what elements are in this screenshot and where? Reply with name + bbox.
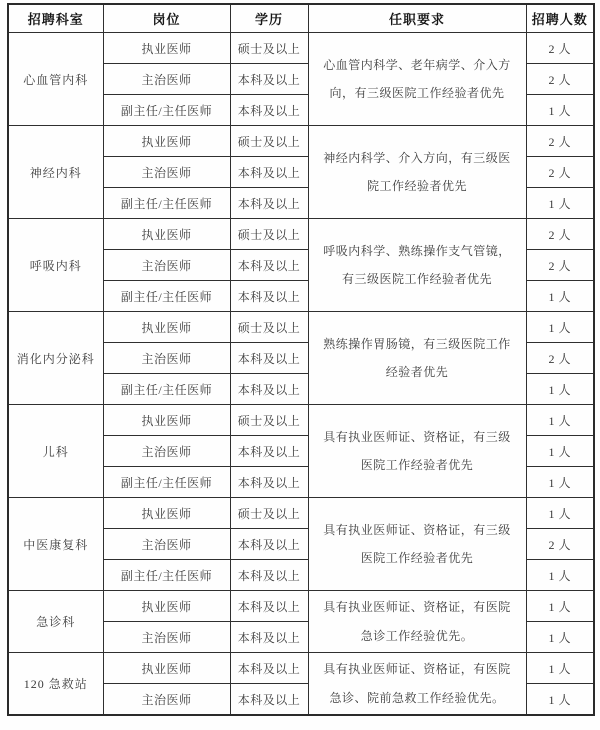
requirement-cell: 具有执业医师证、资格证，有医院急诊工作经验优先。: [308, 591, 526, 653]
education-cell: 本科及以上: [230, 250, 308, 281]
count-cell: 1 人: [526, 436, 594, 467]
count-cell: 2 人: [526, 126, 594, 157]
header-cell-department: 招聘科室: [8, 4, 103, 33]
position-cell: 主治医师: [103, 436, 230, 467]
count-cell: 1 人: [526, 622, 594, 653]
department-cell: 儿科: [8, 405, 103, 498]
header-cell-count: 招聘人数: [526, 4, 594, 33]
count-cell: 1 人: [526, 653, 594, 684]
count-cell: 1 人: [526, 281, 594, 312]
count-cell: 1 人: [526, 188, 594, 219]
position-cell: 副主任/主任医师: [103, 467, 230, 498]
recruitment-table: 招聘科室 岗位 学历 任职要求 招聘人数 心血管内科 执业医师 硕士及以上 心血…: [7, 3, 595, 716]
count-cell: 1 人: [526, 374, 594, 405]
education-cell: 本科及以上: [230, 281, 308, 312]
education-cell: 本科及以上: [230, 684, 308, 716]
position-cell: 主治医师: [103, 529, 230, 560]
position-cell: 执业医师: [103, 405, 230, 436]
count-cell: 2 人: [526, 219, 594, 250]
position-cell: 执业医师: [103, 653, 230, 684]
education-cell: 本科及以上: [230, 374, 308, 405]
recruitment-notice-page: 招聘科室 岗位 学历 任职要求 招聘人数 心血管内科 执业医师 硕士及以上 心血…: [0, 0, 600, 730]
count-cell: 2 人: [526, 33, 594, 64]
department-cell: 心血管内科: [8, 33, 103, 126]
count-cell: 2 人: [526, 157, 594, 188]
department-cell: 急诊科: [8, 591, 103, 653]
count-cell: 1 人: [526, 467, 594, 498]
count-cell: 1 人: [526, 405, 594, 436]
table-row: 120 急救站 执业医师 本科及以上 具有执业医师证、资格证，有医院急诊、院前急…: [8, 653, 594, 684]
count-cell: 2 人: [526, 250, 594, 281]
position-cell: 主治医师: [103, 622, 230, 653]
education-cell: 硕士及以上: [230, 405, 308, 436]
table-row: 心血管内科 执业医师 硕士及以上 心血管内科学、老年病学、介入方向，有三级医院工…: [8, 33, 594, 64]
requirement-cell: 具有执业医师证、资格证，有三级医院工作经验者优先: [308, 405, 526, 498]
header-row: 招聘科室 岗位 学历 任职要求 招聘人数: [8, 4, 594, 33]
department-cell: 呼吸内科: [8, 219, 103, 312]
count-cell: 1 人: [526, 498, 594, 529]
table-body: 心血管内科 执业医师 硕士及以上 心血管内科学、老年病学、介入方向，有三级医院工…: [8, 33, 594, 716]
education-cell: 本科及以上: [230, 622, 308, 653]
education-cell: 本科及以上: [230, 560, 308, 591]
department-cell: 中医康复科: [8, 498, 103, 591]
position-cell: 副主任/主任医师: [103, 374, 230, 405]
count-cell: 1 人: [526, 591, 594, 622]
position-cell: 副主任/主任医师: [103, 560, 230, 591]
count-cell: 1 人: [526, 95, 594, 126]
count-cell: 2 人: [526, 343, 594, 374]
count-cell: 2 人: [526, 64, 594, 95]
count-cell: 1 人: [526, 312, 594, 343]
position-cell: 执业医师: [103, 33, 230, 64]
requirement-cell: 具有执业医师证、资格证，有医院急诊、院前急救工作经验优先。: [308, 653, 526, 716]
table-row: 呼吸内科 执业医师 硕士及以上 呼吸内科学、熟练操作支气管镜，有三级医院工作经验…: [8, 219, 594, 250]
table-row: 中医康复科 执业医师 硕士及以上 具有执业医师证、资格证，有三级医院工作经验者优…: [8, 498, 594, 529]
table-header: 招聘科室 岗位 学历 任职要求 招聘人数: [8, 4, 594, 33]
education-cell: 本科及以上: [230, 188, 308, 219]
education-cell: 硕士及以上: [230, 312, 308, 343]
education-cell: 本科及以上: [230, 591, 308, 622]
requirement-cell: 具有执业医师证、资格证，有三级医院工作经验者优先: [308, 498, 526, 591]
position-cell: 执业医师: [103, 126, 230, 157]
header-cell-education: 学历: [230, 4, 308, 33]
education-cell: 本科及以上: [230, 436, 308, 467]
position-cell: 副主任/主任医师: [103, 188, 230, 219]
count-cell: 2 人: [526, 529, 594, 560]
count-cell: 1 人: [526, 560, 594, 591]
education-cell: 本科及以上: [230, 64, 308, 95]
education-cell: 硕士及以上: [230, 219, 308, 250]
position-cell: 主治医师: [103, 684, 230, 716]
position-cell: 副主任/主任医师: [103, 281, 230, 312]
requirement-cell: 熟练操作胃肠镜，有三级医院工作经验者优先: [308, 312, 526, 405]
education-cell: 本科及以上: [230, 467, 308, 498]
department-cell: 消化内分泌科: [8, 312, 103, 405]
education-cell: 本科及以上: [230, 157, 308, 188]
position-cell: 主治医师: [103, 343, 230, 374]
header-cell-requirement: 任职要求: [308, 4, 526, 33]
education-cell: 硕士及以上: [230, 33, 308, 64]
requirement-cell: 心血管内科学、老年病学、介入方向，有三级医院工作经验者优先: [308, 33, 526, 126]
position-cell: 主治医师: [103, 250, 230, 281]
education-cell: 硕士及以上: [230, 126, 308, 157]
department-cell: 120 急救站: [8, 653, 103, 716]
header-cell-position: 岗位: [103, 4, 230, 33]
position-cell: 执业医师: [103, 498, 230, 529]
position-cell: 执业医师: [103, 312, 230, 343]
position-cell: 执业医师: [103, 219, 230, 250]
requirement-cell: 神经内科学、介入方向，有三级医院工作经验者优先: [308, 126, 526, 219]
education-cell: 本科及以上: [230, 95, 308, 126]
position-cell: 执业医师: [103, 591, 230, 622]
table-row: 儿科 执业医师 硕士及以上 具有执业医师证、资格证，有三级医院工作经验者优先 1…: [8, 405, 594, 436]
position-cell: 主治医师: [103, 157, 230, 188]
education-cell: 本科及以上: [230, 529, 308, 560]
requirement-cell: 呼吸内科学、熟练操作支气管镜，有三级医院工作经验者优先: [308, 219, 526, 312]
table-row: 神经内科 执业医师 硕士及以上 神经内科学、介入方向，有三级医院工作经验者优先 …: [8, 126, 594, 157]
position-cell: 主治医师: [103, 64, 230, 95]
table-row: 急诊科 执业医师 本科及以上 具有执业医师证、资格证，有医院急诊工作经验优先。 …: [8, 591, 594, 622]
education-cell: 本科及以上: [230, 343, 308, 374]
table-row: 消化内分泌科 执业医师 硕士及以上 熟练操作胃肠镜，有三级医院工作经验者优先 1…: [8, 312, 594, 343]
position-cell: 副主任/主任医师: [103, 95, 230, 126]
count-cell: 1 人: [526, 684, 594, 716]
education-cell: 本科及以上: [230, 653, 308, 684]
education-cell: 硕士及以上: [230, 498, 308, 529]
department-cell: 神经内科: [8, 126, 103, 219]
